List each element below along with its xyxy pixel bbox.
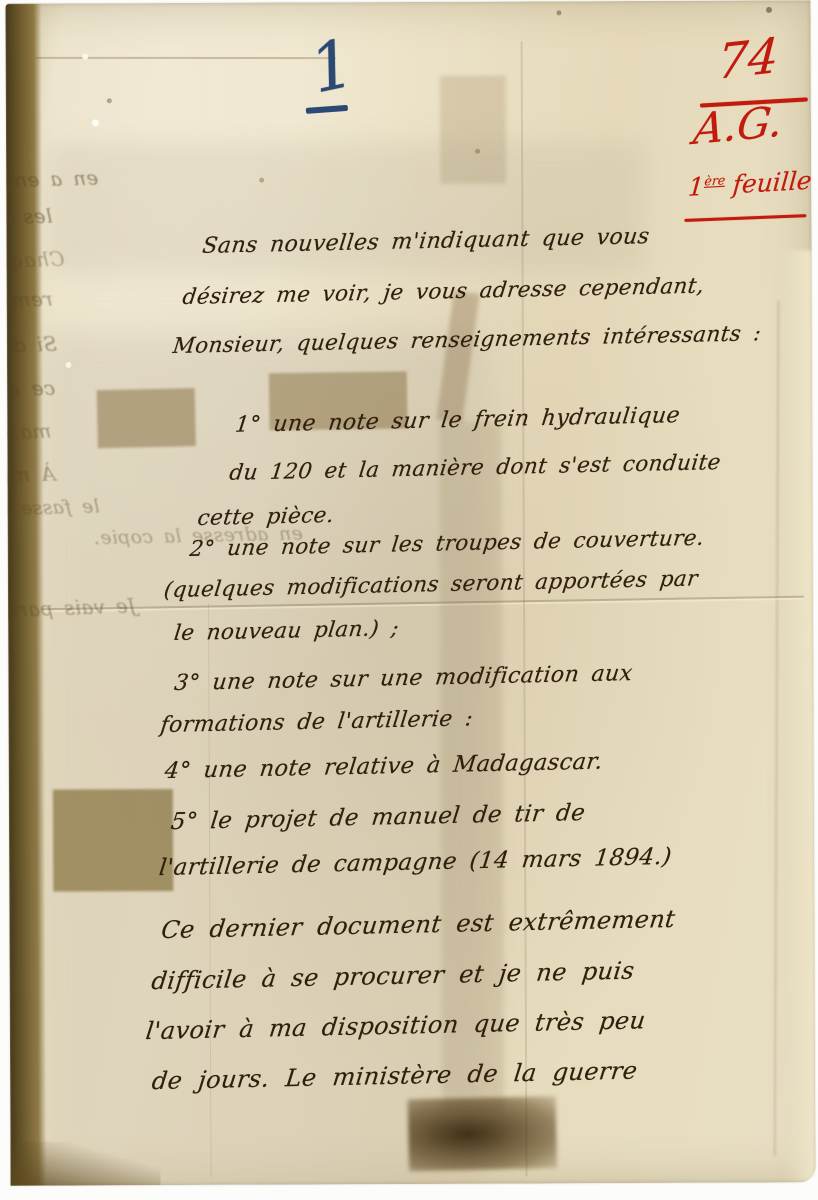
scanned-manuscript-page: en a envoyé un nombre fixe dans les corp… [0, 0, 818, 1200]
tape-patch [53, 789, 173, 892]
ink-stain [408, 1096, 558, 1171]
crease-line [36, 57, 336, 59]
letter-line: cette pièce. [196, 503, 335, 531]
sheet-label-red: 1ère feuille [687, 166, 813, 202]
initials-red: A.G. [691, 96, 786, 154]
tape-patch [97, 388, 196, 448]
letter-line: le nouveau plan.) ; [173, 616, 401, 646]
sheet-label-digit: 1 [687, 172, 705, 202]
page-number-underline [306, 105, 348, 114]
archive-number-red: 74 [716, 28, 780, 91]
letter-line: désirez me voir, je vous adresse cependa… [181, 274, 705, 310]
manuscript-photo: en a envoyé un nombre fixe dans les corp… [5, 0, 815, 1186]
tape-patch [440, 76, 506, 184]
torn-edge-line [774, 300, 780, 1156]
sheet-label-superscript: ère [704, 172, 726, 188]
paper-specks [5, 4, 8, 7]
sheet-label-word: feuille [732, 166, 813, 200]
page-number-blue: 1 [304, 24, 361, 108]
sheet-label-underline [684, 214, 806, 222]
mount-edge-right [780, 250, 816, 1182]
